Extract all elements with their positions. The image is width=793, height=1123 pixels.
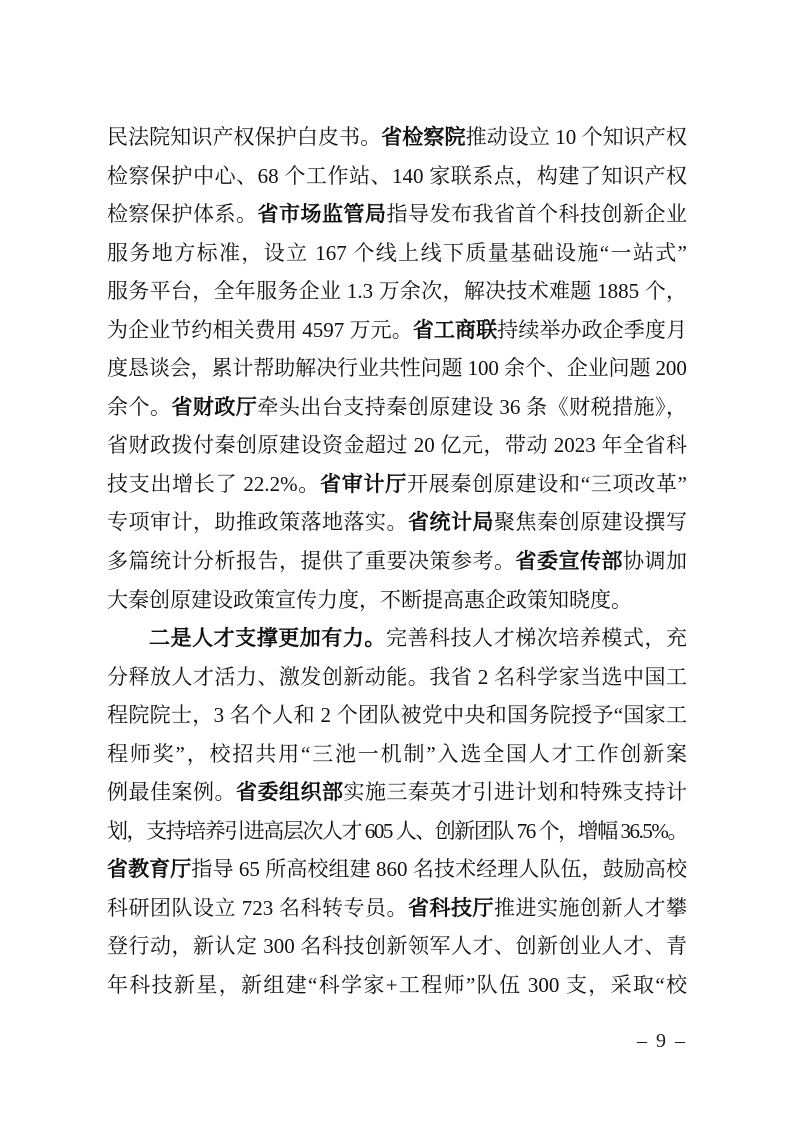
body-text: 专项审计，助推政策落地落实。: [107, 510, 408, 534]
body-text: 程师奖”，校招共用“三池一机制”入选全国人才工作创新案: [107, 742, 687, 766]
body-text: 指导 65 所高校组建 860 名技术经理人队伍，鼓励高校: [191, 857, 687, 881]
text-line: 二是人才支撑更加有力。完善科技人才梯次培养模式，充: [107, 619, 687, 658]
body-text: 服务平台，全年服务企业 1.3 万余次，解决技术难题 1885 个，: [107, 279, 687, 303]
text-line: 技支出增长了 22.2%。省审计厅开展秦创原建设和“三项改革”: [107, 465, 687, 504]
text-line: 科研团队设立 723 名科转专员。省科技厅推进实施创新人才攀: [107, 889, 687, 928]
text-line: 登行动，新认定 300 名科技创新领军人才、创新创业人才、青: [107, 927, 687, 966]
org-name-bold: 省工商联: [413, 318, 497, 342]
text-line: 省教育厅指导 65 所高校组建 860 名技术经理人队伍，鼓励高校: [107, 850, 687, 889]
text-line: 省财政拨付秦创原建设资金超过 20 亿元，带动 2023 年全省科: [107, 426, 687, 465]
text-line: 大秦创原建设政策宣传力度，不断提高惠企政策知晓度。: [107, 581, 687, 620]
org-name-bold: 省科技厅: [408, 896, 494, 920]
body-text: 指导发布我省首个科技创新企业: [387, 202, 688, 226]
text-line: 程师奖”，校招共用“三池一机制”入选全国人才工作创新案: [107, 735, 687, 774]
paragraph: 民法院知识产权保护白皮书。省检察院推动设立 10 个知识产权检察保护中心、68 …: [107, 118, 687, 619]
body-text: 民法院知识产权保护白皮书。: [107, 125, 381, 149]
body-text: 聚焦秦创原建设撰写: [494, 510, 687, 534]
text-line: 分释放人才活力、激发创新动能。我省 2 名科学家当选中国工: [107, 658, 687, 697]
body-text: 牵头出台支持秦创原建设 36 条《财税措施》，: [257, 395, 687, 419]
org-name-bold: 省统计局: [408, 510, 494, 534]
text-line: 检察保护中心、68 个工作站、140 家联系点，构建了知识产权: [107, 157, 687, 196]
text-line: 检察保护体系。省市场监管局指导发布我省首个科技创新企业: [107, 195, 687, 234]
org-name-bold: 省财政厅: [171, 395, 257, 419]
body-text: 服务地方标准，设立 167 个线上线下质量基础设施“一站式”: [107, 241, 687, 265]
body-text: 完善科技人才梯次培养模式，充: [386, 626, 687, 650]
body-text: 年科技新星，新组建“科学家+工程师”队伍 300 支，采取“校: [107, 973, 687, 997]
body-text: 推进实施创新人才攀: [494, 896, 687, 920]
paragraph: 二是人才支撑更加有力。完善科技人才梯次培养模式，充分释放人才活力、激发创新动能。…: [107, 619, 687, 1004]
org-name-bold: 省检察院: [381, 125, 465, 149]
body-text: 划，支持培养引进高层次人才 605 人、创新团队 76 个，增幅 36.5%。: [107, 819, 687, 843]
body-text: 度恳谈会，累计帮助解决行业共性问题 100 余个、企业问题 200: [107, 356, 687, 380]
body-text: 多篇统计分析报告，提供了重要决策参考。: [107, 549, 516, 573]
text-line: 划，支持培养引进高层次人才 605 人、创新团队 76 个，增幅 36.5%。: [107, 812, 687, 851]
text-line: 专项审计，助推政策落地落实。省统计局聚焦秦创原建设撰写: [107, 503, 687, 542]
text-line: 余个。省财政厅牵头出台支持秦创原建设 36 条《财税措施》，: [107, 388, 687, 427]
text-line: 服务地方标准，设立 167 个线上线下质量基础设施“一站式”: [107, 234, 687, 273]
org-name-bold: 省委组织部: [236, 780, 344, 804]
document-page: 民法院知识产权保护白皮书。省检察院推动设立 10 个知识产权检察保护中心、68 …: [0, 0, 793, 1123]
org-name-bold: 省审计厅: [320, 472, 407, 496]
text-line: 例最佳案例。省委组织部实施三秦英才引进计划和特殊支持计: [107, 773, 687, 812]
body-text: 实施三秦英才引进计划和特殊支持计: [344, 780, 688, 804]
body-text: 例最佳案例。: [107, 780, 236, 804]
body-text: 推动设立 10 个知识产权: [466, 125, 687, 149]
page-number: – 9 –: [637, 1030, 687, 1052]
body-text: 科研团队设立 723 名科转专员。: [107, 896, 408, 920]
body-text: 技支出增长了 22.2%。: [107, 472, 320, 496]
text-line: 民法院知识产权保护白皮书。省检察院推动设立 10 个知识产权: [107, 118, 687, 157]
org-name-bold: 省市场监管局: [258, 202, 387, 226]
body-text: 程院院士，3 名个人和 2 个团队被党中央和国务院授予“国家工: [107, 703, 687, 727]
text-line: 程院院士，3 名个人和 2 个团队被党中央和国务院授予“国家工: [107, 696, 687, 735]
body-text: 检察保护中心、68 个工作站、140 家联系点，构建了知识产权: [107, 164, 687, 188]
org-name-bold: 省教育厅: [107, 857, 191, 881]
body-text: 协调加: [623, 549, 687, 573]
body-text: 持续举办政企季度月: [497, 318, 687, 342]
body-text: 开展秦创原建设和“三项改革”: [407, 472, 687, 496]
body-text: 省财政拨付秦创原建设资金超过 20 亿元，带动 2023 年全省科: [107, 433, 687, 457]
text-line: 度恳谈会，累计帮助解决行业共性问题 100 余个、企业问题 200: [107, 349, 687, 388]
body-text: 为企业节约相关费用 4597 万元。: [107, 318, 413, 342]
body-text: 大秦创原建设政策宣传力度，不断提高惠企政策知晓度。: [107, 588, 632, 612]
org-name-bold: 省委宣传部: [516, 549, 624, 573]
body-text: 余个。: [107, 395, 171, 419]
body-text: 检察保护体系。: [107, 202, 258, 226]
org-name-bold: 二是人才支撑更加有力。: [149, 626, 386, 650]
body-text: 登行动，新认定 300 名科技创新领军人才、创新创业人才、青: [107, 934, 687, 958]
text-line: 年科技新星，新组建“科学家+工程师”队伍 300 支，采取“校: [107, 966, 687, 1005]
text-line: 多篇统计分析报告，提供了重要决策参考。省委宣传部协调加: [107, 542, 687, 581]
document-body: 民法院知识产权保护白皮书。省检察院推动设立 10 个知识产权检察保护中心、68 …: [107, 118, 687, 1005]
text-line: 为企业节约相关费用 4597 万元。省工商联持续举办政企季度月: [107, 311, 687, 350]
body-text: 分释放人才活力、激发创新动能。我省 2 名科学家当选中国工: [107, 665, 687, 689]
text-line: 服务平台，全年服务企业 1.3 万余次，解决技术难题 1885 个，: [107, 272, 687, 311]
